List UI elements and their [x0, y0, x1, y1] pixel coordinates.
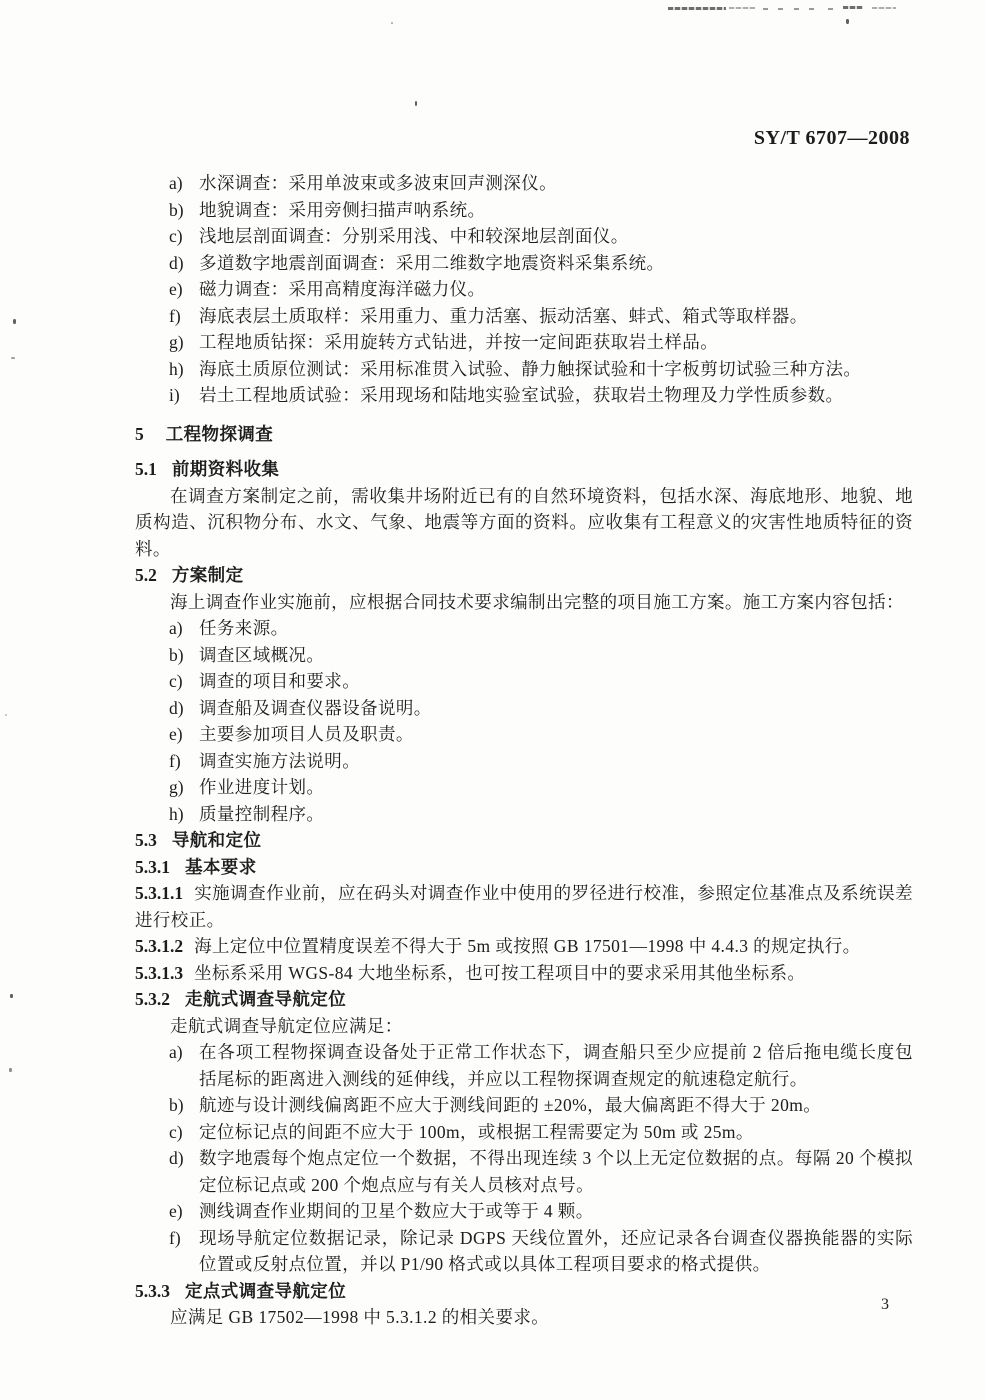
list-item: c)定位标记点的间距不应大于 100m，或根据工程需要定为 50m 或 25m。 [135, 1119, 913, 1146]
list-item: c)浅地层剖面调查：分别采用浅、中和较深地层剖面仪。 [135, 223, 913, 250]
section-title: 基本要求 [185, 857, 257, 877]
list-item-text: 浅地层剖面调查：分别采用浅、中和较深地层剖面仪。 [199, 226, 629, 246]
list-item-label: b) [169, 1092, 184, 1119]
list-item: a)在各项工程物探调查设备处于正常工作状态下，调查船只至少应提前 2 倍后拖电缆… [135, 1039, 913, 1092]
scan-artifact [13, 319, 16, 324]
list-item: a)任务来源。 [135, 615, 913, 642]
paragraph: 应满足 GB 17502—1998 中 5.3.1.2 的相关要求。 [135, 1304, 913, 1331]
list-item: i)岩土工程地质试验：采用现场和陆地实验室试验，获取岩土物理及力学性质参数。 [135, 382, 913, 409]
doc-number: SY/T 6707—2008 [754, 127, 910, 150]
list-item-text: 多道数字地震剖面调查：采用二维数字地震资料采集系统。 [199, 253, 664, 273]
list-item-label: a) [169, 170, 183, 197]
paragraph: 在调查方案制定之前，需收集井场附近已有的自然环境资料，包括水深、海底地形、地貌、… [135, 483, 913, 563]
list-item: a)水深调查：采用单波束或多波束回声测深仪。 [135, 170, 913, 197]
section-number: 5.3 [135, 827, 157, 854]
list-item-label: d) [169, 1145, 184, 1172]
survey-methods-list: a)水深调查：采用单波束或多波束回声测深仪。 b)地貌调查：采用旁侧扫描声呐系统… [135, 170, 913, 409]
list-item: g)作业进度计划。 [135, 774, 913, 801]
list-item: d)调查船及调查仪器设备说明。 [135, 695, 913, 722]
section-number: 5.1 [135, 456, 157, 483]
scan-artifact [763, 8, 768, 10]
section-5-3-2-heading: 5.3.2走航式调查导航定位 [135, 986, 913, 1013]
list-item-text: 调查船及调查仪器设备说明。 [199, 698, 432, 718]
list-item: e)磁力调查：采用高精度海洋磁力仪。 [135, 276, 913, 303]
section-title: 定点式调查导航定位 [185, 1281, 346, 1301]
section-5-3-heading: 5.3导航和定位 [135, 827, 913, 854]
scan-artifact [809, 8, 814, 10]
section-5-3-1-heading: 5.3.1基本要求 [135, 854, 913, 881]
list-item: f)现场导航定位数据记录，除记录 DGPS 天线位置外，还应记录各台调查仪器换能… [135, 1225, 913, 1278]
clause: 5.3.1.2海上定位中位置精度误差不得大于 5m 或按照 GB 17501—1… [135, 933, 913, 960]
section-number: 5.3.1 [135, 854, 170, 881]
clause-text: 实施调查作业前，应在码头对调查作业中使用的罗径进行校准，参照定位基准点及系统误差… [135, 883, 913, 930]
clause-number: 5.3.1.3 [135, 963, 183, 983]
section-5-3-3-heading: 5.3.3定点式调查导航定位 [135, 1278, 913, 1305]
section-title: 走航式调查导航定位 [185, 989, 346, 1009]
list-item: b)调查区域概况。 [135, 642, 913, 669]
list-item-label: e) [169, 1198, 183, 1225]
list-item: d)多道数字地震剖面调查：采用二维数字地震资料采集系统。 [135, 250, 913, 277]
list-item-label: d) [169, 250, 184, 277]
list-item: d)数字地震每个炮点定位一个数据，不得出现连续 3 个以上无定位数据的点。每隔 … [135, 1145, 913, 1198]
list-item-text: 数字地震每个炮点定位一个数据，不得出现连续 3 个以上无定位数据的点。每隔 20… [199, 1148, 913, 1195]
list-item-text: 调查实施方法说明。 [199, 751, 360, 771]
clause-number: 5.3.1.1 [135, 883, 183, 903]
scan-artifact [415, 101, 417, 106]
list-item-label: h) [169, 356, 184, 383]
list-item-label: f) [169, 303, 181, 330]
list-item: f)调查实施方法说明。 [135, 748, 913, 775]
list-item-label: i) [169, 382, 180, 409]
section-number: 5 [135, 421, 144, 448]
list-item: b)航迹与设计测线偏离距不应大于测线间距的 ±20%，最大偏离距不得大于 20m… [135, 1092, 913, 1119]
scan-artifact [872, 7, 896, 9]
scan-artifact [794, 8, 799, 10]
list-item-text: 海底表层土质取样：采用重力、重力活塞、振动活塞、蚌式、箱式等取样器。 [199, 306, 808, 326]
list-item-text: 测线调查作业期间的卫星个数应大于或等于 4 颗。 [199, 1201, 594, 1221]
list-item-text: 作业进度计划。 [199, 777, 324, 797]
document-page: SY/T 6707—2008 a)水深调查：采用单波束或多波束回声测深仪。 b)… [0, 0, 986, 1400]
paragraph: 海上调查作业实施前，应根据合同技术要求编制出完整的项目施工方案。施工方案内容包括… [135, 589, 913, 616]
list-item-text: 主要参加项目人员及职责。 [199, 724, 414, 744]
list-item-label: e) [169, 276, 183, 303]
list-item-text: 质量控制程序。 [199, 804, 324, 824]
scan-artifact [778, 8, 783, 10]
list-item-text: 岩土工程地质试验：采用现场和陆地实验室试验，获取岩土物理及力学性质参数。 [199, 385, 843, 405]
list-item-text: 现场导航定位数据记录，除记录 DGPS 天线位置外，还应记录各台调查仪器换能器的… [199, 1228, 913, 1275]
clause-number: 5.3.1.2 [135, 936, 183, 956]
list-item-text: 定位标记点的间距不应大于 100m，或根据工程需要定为 50m 或 25m。 [199, 1122, 754, 1142]
scan-artifact [846, 19, 849, 24]
list-item-text: 调查区域概况。 [199, 645, 324, 665]
list-item-text: 在各项工程物探调查设备处于正常工作状态下，调查船只至少应提前 2 倍后拖电缆长度… [199, 1042, 913, 1089]
scan-artifact [828, 8, 833, 10]
list-item-text: 海底土质原位测试：采用标准贯入试验、静力触探试验和十字板剪切试验三种方法。 [199, 359, 861, 379]
scan-artifact [668, 7, 726, 10]
section-number: 5.3.2 [135, 986, 170, 1013]
paragraph: 走航式调查导航定位应满足： [135, 1013, 913, 1040]
page-number: 3 [881, 1296, 889, 1314]
list-item-label: c) [169, 223, 183, 250]
list-item-label: a) [169, 1039, 183, 1066]
scan-artifact [9, 1068, 12, 1072]
list-item-label: b) [169, 197, 184, 224]
list-item-label: a) [169, 615, 183, 642]
section-number: 5.3.3 [135, 1278, 170, 1305]
list-item-label: b) [169, 642, 184, 669]
scan-artifact [5, 714, 7, 716]
list-item-text: 调查的项目和要求。 [199, 671, 360, 691]
plan-contents-list: a)任务来源。 b)调查区域概况。 c)调查的项目和要求。 d)调查船及调查仪器… [135, 615, 913, 827]
clause: 5.3.1.3坐标系采用 WGS-84 大地坐标系，也可按工程项目中的要求采用其… [135, 960, 913, 987]
list-item-label: g) [169, 329, 184, 356]
list-item-label: e) [169, 721, 183, 748]
list-item-label: h) [169, 801, 184, 828]
list-item: e)主要参加项目人员及职责。 [135, 721, 913, 748]
list-item: f)海底表层土质取样：采用重力、重力活塞、振动活塞、蚌式、箱式等取样器。 [135, 303, 913, 330]
section-title: 工程物探调查 [166, 424, 273, 444]
section-5-2-heading: 5.2方案制定 [135, 562, 913, 589]
list-item: g)工程地质钻探：采用旋转方式钻进，并按一定间距获取岩土样品。 [135, 329, 913, 356]
list-item: e)测线调查作业期间的卫星个数应大于或等于 4 颗。 [135, 1198, 913, 1225]
list-item-label: d) [169, 695, 184, 722]
list-item-label: c) [169, 668, 183, 695]
clause-text: 坐标系采用 WGS-84 大地坐标系，也可按工程项目中的要求采用其他坐标系。 [194, 963, 805, 983]
list-item: h)质量控制程序。 [135, 801, 913, 828]
scan-artifact [11, 357, 15, 359]
page-body: a)水深调查：采用单波束或多波束回声测深仪。 b)地貌调查：采用旁侧扫描声呐系统… [135, 170, 913, 1331]
list-item-text: 任务来源。 [199, 618, 289, 638]
list-item-label: f) [169, 1225, 181, 1252]
list-item-text: 工程地质钻探：采用旋转方式钻进，并按一定间距获取岩土样品。 [199, 332, 718, 352]
clause-text: 海上定位中位置精度误差不得大于 5m 或按照 GB 17501—1998 中 4… [194, 936, 860, 956]
list-item: b)地貌调查：采用旁侧扫描声呐系统。 [135, 197, 913, 224]
section-title: 导航和定位 [172, 830, 262, 850]
list-item: h)海底土质原位测试：采用标准贯入试验、静力触探试验和十字板剪切试验三种方法。 [135, 356, 913, 383]
list-item-text: 地貌调查：采用旁侧扫描声呐系统。 [199, 200, 485, 220]
list-item-label: g) [169, 774, 184, 801]
list-item-text: 磁力调查：采用高精度海洋磁力仪。 [199, 279, 485, 299]
section-title: 方案制定 [172, 565, 244, 585]
list-item-label: c) [169, 1119, 183, 1146]
section-5-heading: 5工程物探调查 [135, 421, 913, 448]
nav-positioning-list: a)在各项工程物探调查设备处于正常工作状态下，调查船只至少应提前 2 倍后拖电缆… [135, 1039, 913, 1278]
section-number: 5.2 [135, 562, 157, 589]
scan-artifact [391, 22, 393, 24]
list-item: c)调查的项目和要求。 [135, 668, 913, 695]
clause: 5.3.1.1实施调查作业前，应在码头对调查作业中使用的罗径进行校准，参照定位基… [135, 880, 913, 933]
list-item-text: 水深调查：采用单波束或多波束回声测深仪。 [199, 173, 557, 193]
scan-artifact [10, 994, 13, 998]
scan-artifact [729, 7, 755, 9]
section-title: 前期资料收集 [172, 459, 279, 479]
section-5-1-heading: 5.1前期资料收集 [135, 456, 913, 483]
list-item-label: f) [169, 748, 181, 775]
list-item-text: 航迹与设计测线偏离距不应大于测线间距的 ±20%，最大偏离距不得大于 20m。 [199, 1095, 821, 1115]
scan-artifact [843, 6, 863, 9]
